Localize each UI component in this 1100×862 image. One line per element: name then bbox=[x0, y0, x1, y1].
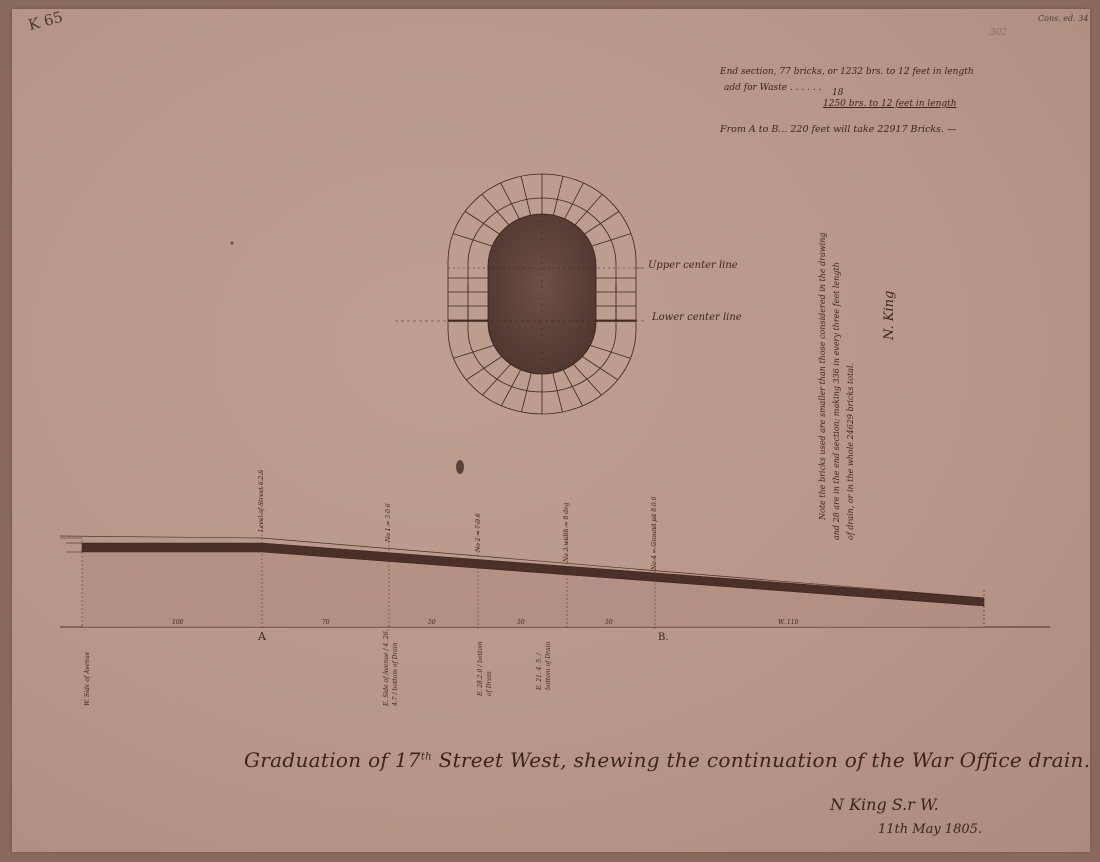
lower-center-line-label: Lower center line bbox=[652, 312, 742, 323]
drain-cross-section bbox=[395, 170, 645, 420]
station-label: No 1 = 3.0.6 bbox=[385, 503, 392, 542]
station-label: No 3 width = 8 deg bbox=[563, 503, 570, 562]
street-profile bbox=[60, 470, 1050, 630]
title-part-2: Street West, shewing the continuation of… bbox=[432, 748, 1091, 772]
station-label: No 2 = 7.0.6 bbox=[475, 513, 482, 552]
station-label: E. 28.2.0 / bottom of Drain bbox=[476, 636, 494, 696]
point-b-label: B. bbox=[658, 632, 669, 643]
title-superscript: th bbox=[421, 751, 432, 762]
distance-label: 100 bbox=[172, 619, 183, 626]
upper-center-line-label: Upper center line bbox=[648, 260, 738, 271]
title-part-1: Graduation of 17 bbox=[244, 748, 421, 772]
ink-blot bbox=[456, 460, 464, 474]
distance-label: 50 bbox=[517, 619, 525, 626]
point-a-label: A bbox=[258, 630, 266, 643]
station-label: Level of Street 6.2.6 bbox=[258, 470, 265, 532]
station-label: E. 21. 4. 5. / bottom of Drain bbox=[535, 630, 553, 690]
distance-label: 50 bbox=[605, 619, 613, 626]
distance-label: 70 bbox=[322, 619, 330, 626]
distance-label: 50 bbox=[428, 619, 436, 626]
signature-date: 11th May 1805. bbox=[878, 822, 982, 837]
distance-label: W. 110 bbox=[778, 619, 798, 626]
drawing-title: Graduation of 17th Street West, shewing … bbox=[244, 748, 1090, 772]
drawing-canvas bbox=[0, 0, 1100, 862]
station-label: No 4 = Ground pit 8.0.6 bbox=[651, 496, 658, 570]
signature-name: N King S.r W. bbox=[830, 795, 939, 814]
station-label: W. Side of Avenue bbox=[84, 652, 91, 706]
station-label: E. Side of Avenue / 4. 26. 4.7 / bottom … bbox=[382, 626, 400, 706]
